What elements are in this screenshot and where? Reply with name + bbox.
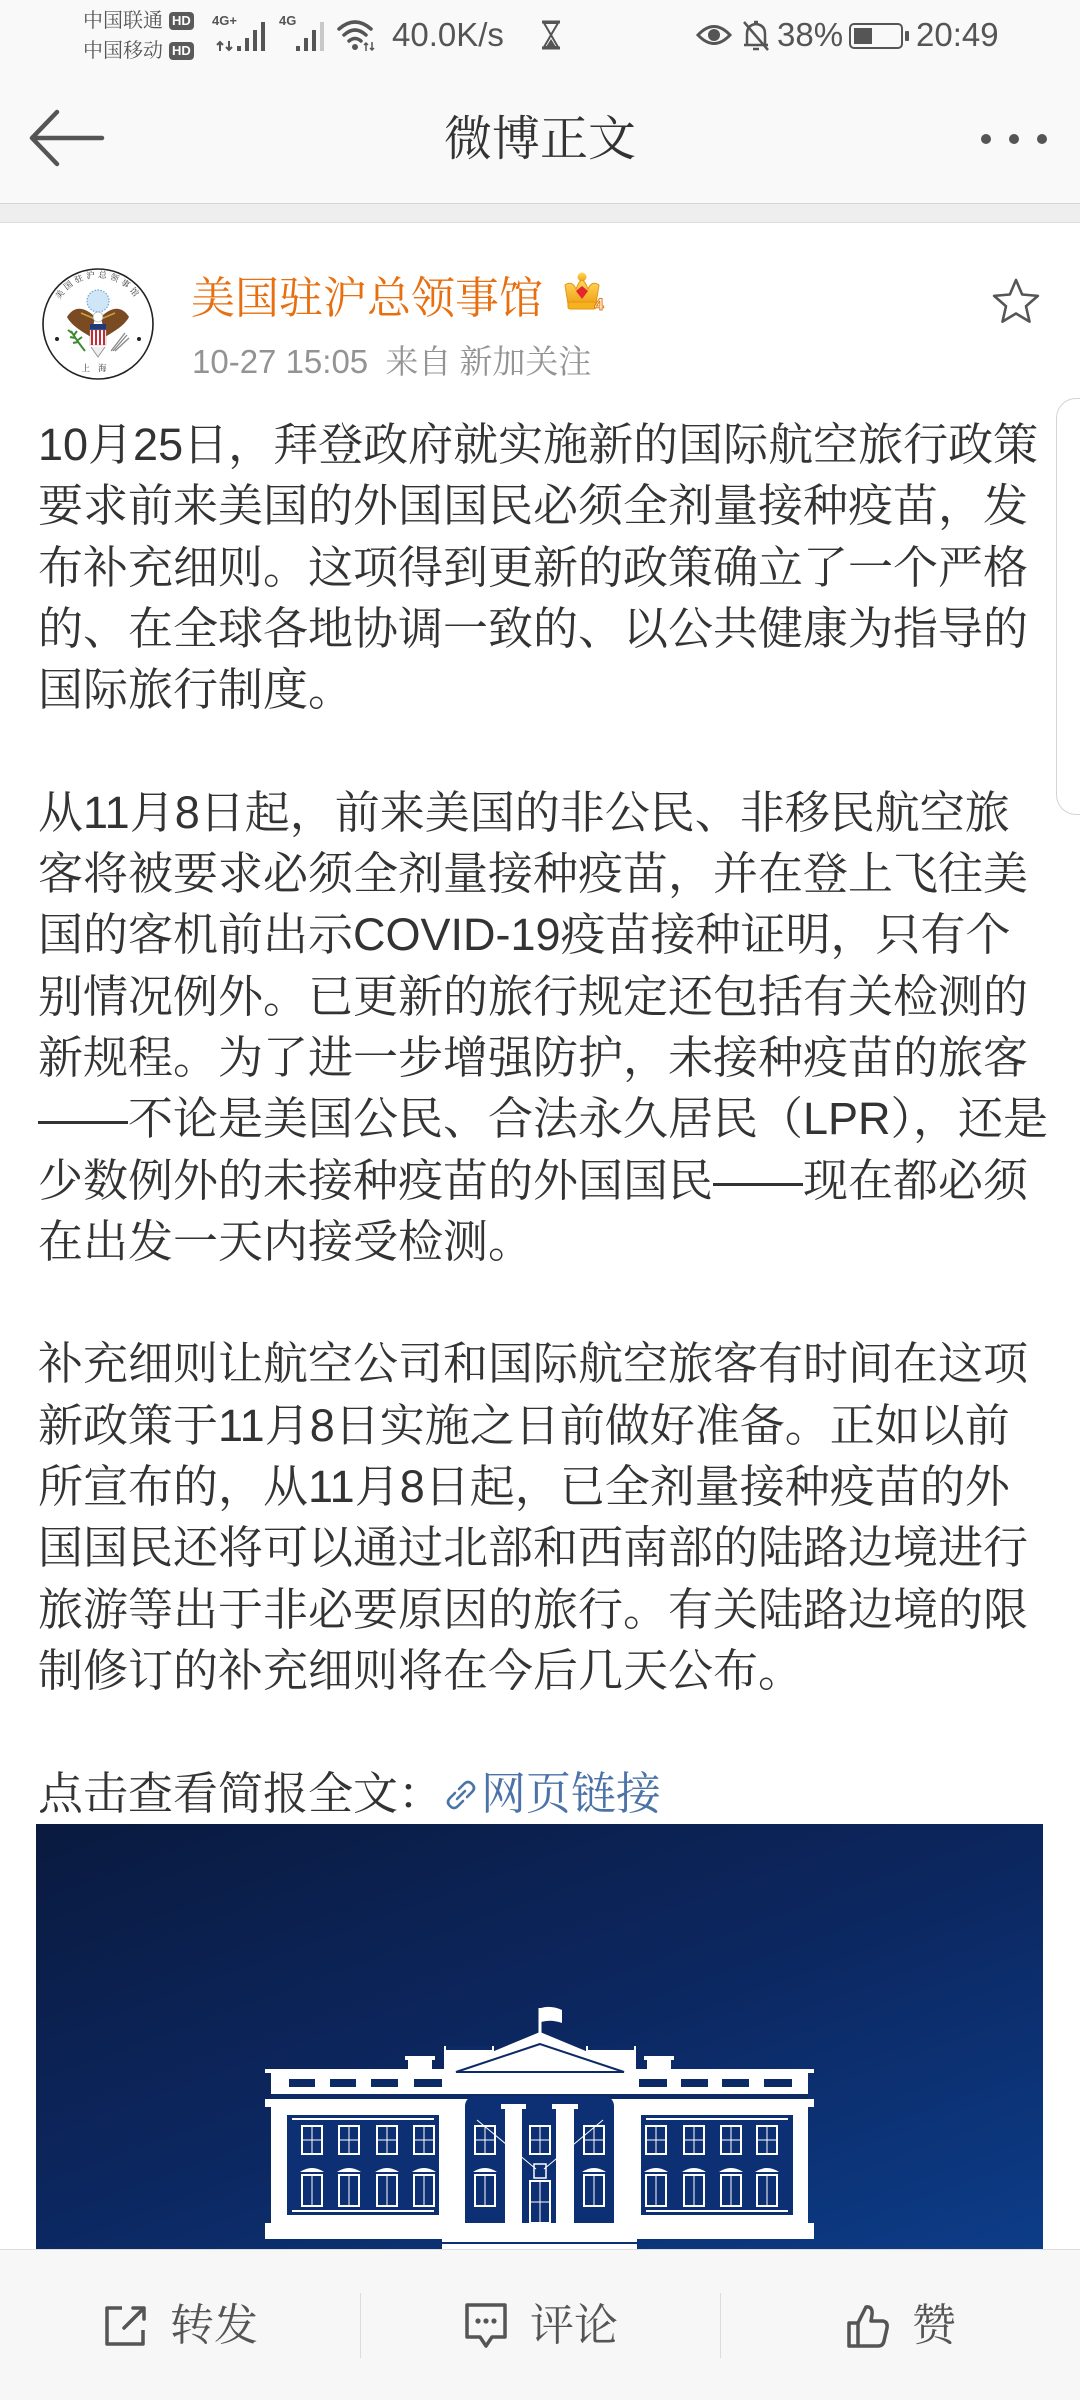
text-line: 布补充细则。这项得到更新的政策确立了一个严格 — [38, 537, 1048, 598]
paragraph-3: 补充细则让航空公司和国际航空旅客有时间在这项 新政策于11月8日实施之日前做好准… — [38, 1333, 1048, 1701]
post-source[interactable]: 新加关注 — [459, 343, 591, 380]
text-line: 所宣布的，从11月8日起，已全剂量接种疫苗的外 — [38, 1456, 1048, 1517]
clock: 20:49 — [916, 15, 999, 55]
text-line: 在出发一天内接受检测。 — [38, 1211, 1048, 1272]
hd-badge: HD — [169, 12, 194, 30]
like-icon — [844, 2302, 892, 2350]
text-line: 别情况例外。已更新的旅行规定还包括有关检测的 — [38, 966, 1048, 1027]
comment-icon — [462, 2301, 510, 2351]
comment-label: 评论 — [530, 2301, 618, 2351]
vip-crown-badge[interactable]: 4 — [562, 271, 606, 313]
post-source-prefix: 来自 — [385, 343, 451, 380]
link-icon — [443, 1777, 479, 1813]
wifi-icon — [336, 18, 378, 52]
avatar[interactable]: 美国驻沪总领事馆 上海 — [41, 267, 155, 381]
text-line: 制修订的补充细则将在今后几天公布。 — [38, 1640, 1048, 1701]
status-bar: 中国联通HD 中国移动HD 4G+ 4G 40.0K/s — [0, 0, 1080, 70]
text-line: 新政策于11月8日实施之日前做好准备。正如以前 — [38, 1395, 1048, 1456]
bottom-action-bar: 转发 评论 赞 — [0, 2249, 1080, 2400]
text-line: 国的客机前出示COVID-19疫苗接种证明，只有个 — [38, 904, 1048, 965]
carrier-1: 中国联通HD — [83, 8, 194, 34]
crown-icon: 4 — [562, 271, 606, 313]
edge-panel-handle[interactable] — [1056, 398, 1080, 815]
carrier-1-name: 中国联通 — [83, 10, 163, 32]
text-line: 的、在全球各地协调一致的、以公共健康为指导的 — [38, 598, 1048, 659]
text-line: 国际旅行制度。 — [38, 659, 1048, 720]
post-time: 10-27 15:05 — [192, 343, 368, 380]
text-line: 10月25日，拜登政府就实施新的国际航空旅行政策 — [38, 414, 1048, 475]
paragraph-1: 10月25日，拜登政府就实施新的国际航空旅行政策 要求前来美国的外国国民必须全剂… — [38, 414, 1048, 720]
star-outline-icon — [991, 278, 1041, 326]
page-title: 微博正文 — [0, 110, 1080, 170]
repost-icon — [102, 2303, 150, 2349]
favorite-button[interactable] — [991, 278, 1041, 326]
hd-badge: HD — [169, 42, 194, 60]
more-horizontal-icon — [975, 125, 1053, 153]
link-prefix: 点击查看简报全文： — [38, 1768, 443, 1819]
text-line: ——不论是美国公民、合法永久居民（LPR），还是 — [38, 1088, 1048, 1149]
comment-button[interactable]: 评论 — [360, 2250, 720, 2400]
network-speed: 40.0K/s — [392, 15, 504, 55]
text-line: 补充细则让航空公司和国际航空旅客有时间在这项 — [38, 1333, 1048, 1394]
like-label: 赞 — [912, 2301, 956, 2351]
repost-label: 转发 — [170, 2301, 258, 2351]
consulate-seal-icon: 美国驻沪总领事馆 上海 — [41, 267, 155, 381]
battery-percent: 38% — [777, 15, 843, 55]
carrier-2-name: 中国移动 — [83, 40, 163, 62]
paragraph-2: 从11月8日起，前来美国的非公民、非移民航空旅 客将被要求必须全剂量接种疫苗，并… — [38, 782, 1048, 1272]
text-line: 旅游等出于非必要原因的旅行。有关陆路边境的限 — [38, 1579, 1048, 1640]
eye-icon — [696, 22, 732, 48]
text-line: 从11月8日起，前来美国的非公民、非移民航空旅 — [38, 782, 1048, 843]
top-nav-bar: 微博正文 — [0, 70, 1080, 204]
battery-icon — [849, 23, 911, 49]
more-options-button[interactable] — [975, 125, 1053, 153]
avatar-bottom-text: 上海 — [81, 363, 114, 373]
text-line: 国国民还将可以通过北部和西南部的陆路边境进行 — [38, 1517, 1048, 1578]
header-divider — [0, 204, 1080, 223]
text-line: 要求前来美国的外国国民必须全剂量接种疫苗，发 — [38, 475, 1048, 536]
briefing-link-line: 点击查看简报全文： 网页链接 — [38, 1763, 1048, 1824]
text-line: 少数例外的未接种疫苗的外国国民——现在都必须 — [38, 1150, 1048, 1211]
author-name[interactable]: 美国驻沪总领事馆 — [191, 273, 543, 325]
web-link-label: 网页链接 — [481, 1768, 661, 1819]
signal-icon-2 — [296, 20, 328, 52]
text-line: 客将被要求必须全剂量接种疫苗，并在登上飞往美 — [38, 843, 1048, 904]
like-button[interactable]: 赞 — [720, 2250, 1080, 2400]
network-type-2: 4G — [279, 14, 296, 28]
network-type-1: 4G+ — [212, 14, 237, 28]
repost-button[interactable]: 转发 — [0, 2250, 360, 2400]
text-line: 新规程。为了进一步增强防护，未接种疫苗的旅客 — [38, 1027, 1048, 1088]
bell-off-icon — [741, 19, 771, 53]
data-activity-icon — [215, 40, 235, 52]
post-body: 10月25日，拜登政府就实施新的国际航空旅行政策 要求前来美国的外国国民必须全剂… — [38, 414, 1048, 2384]
carrier-2: 中国移动HD — [83, 38, 194, 64]
vip-level: 4 — [594, 295, 604, 313]
hourglass-icon — [540, 20, 562, 50]
signal-icon — [237, 20, 269, 52]
post-meta: 10-27 15:05 来自新加关注 — [192, 342, 599, 382]
web-link[interactable]: 网页链接 — [443, 1768, 661, 1819]
